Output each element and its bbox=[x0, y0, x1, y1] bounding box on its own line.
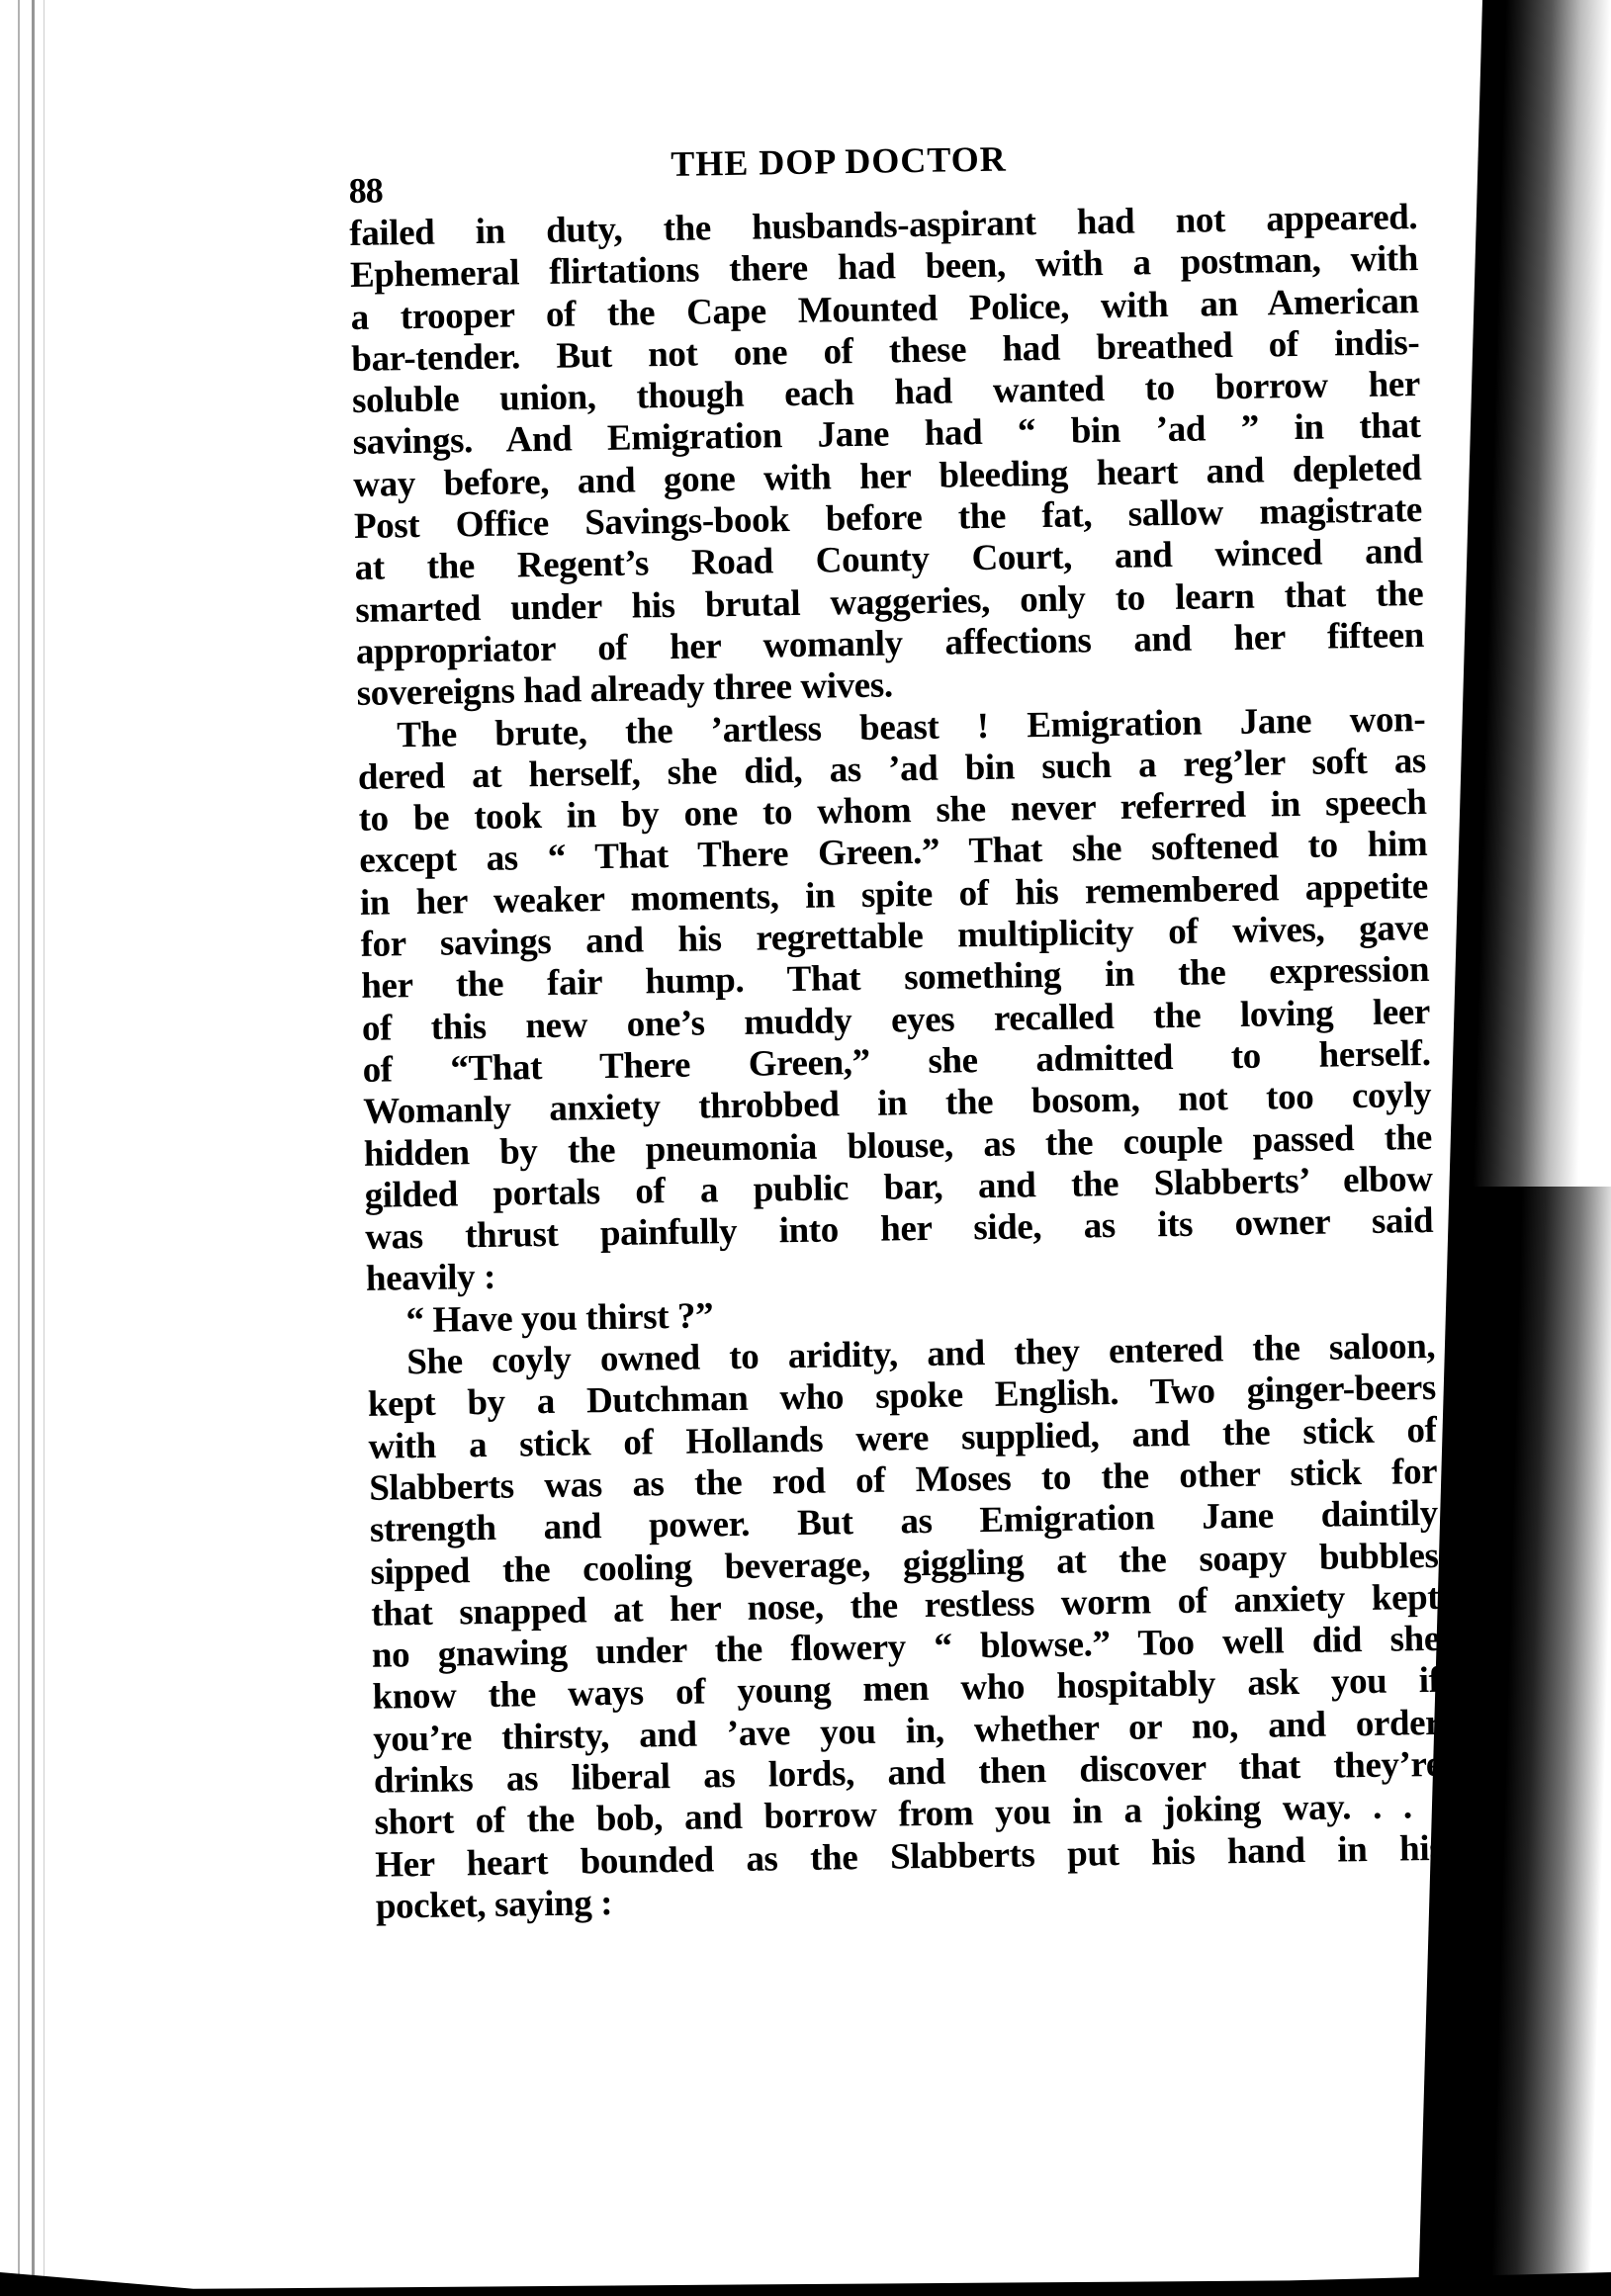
page-number: 88 bbox=[348, 169, 383, 212]
book-page: 88 THE DOP DOCTOR failed in duty, the hu… bbox=[348, 132, 1444, 1928]
scan-page-edge-shadow-lower bbox=[1422, 1187, 1611, 2296]
running-head: 88 THE DOP DOCTOR bbox=[348, 132, 1417, 206]
body-text: failed in duty, the husbands-aspirant ha… bbox=[349, 197, 1444, 1928]
scan-binding-gutter bbox=[0, 0, 69, 2296]
scan-bottom-edge bbox=[0, 2272, 1611, 2296]
running-title: THE DOP DOCTOR bbox=[671, 138, 1007, 185]
